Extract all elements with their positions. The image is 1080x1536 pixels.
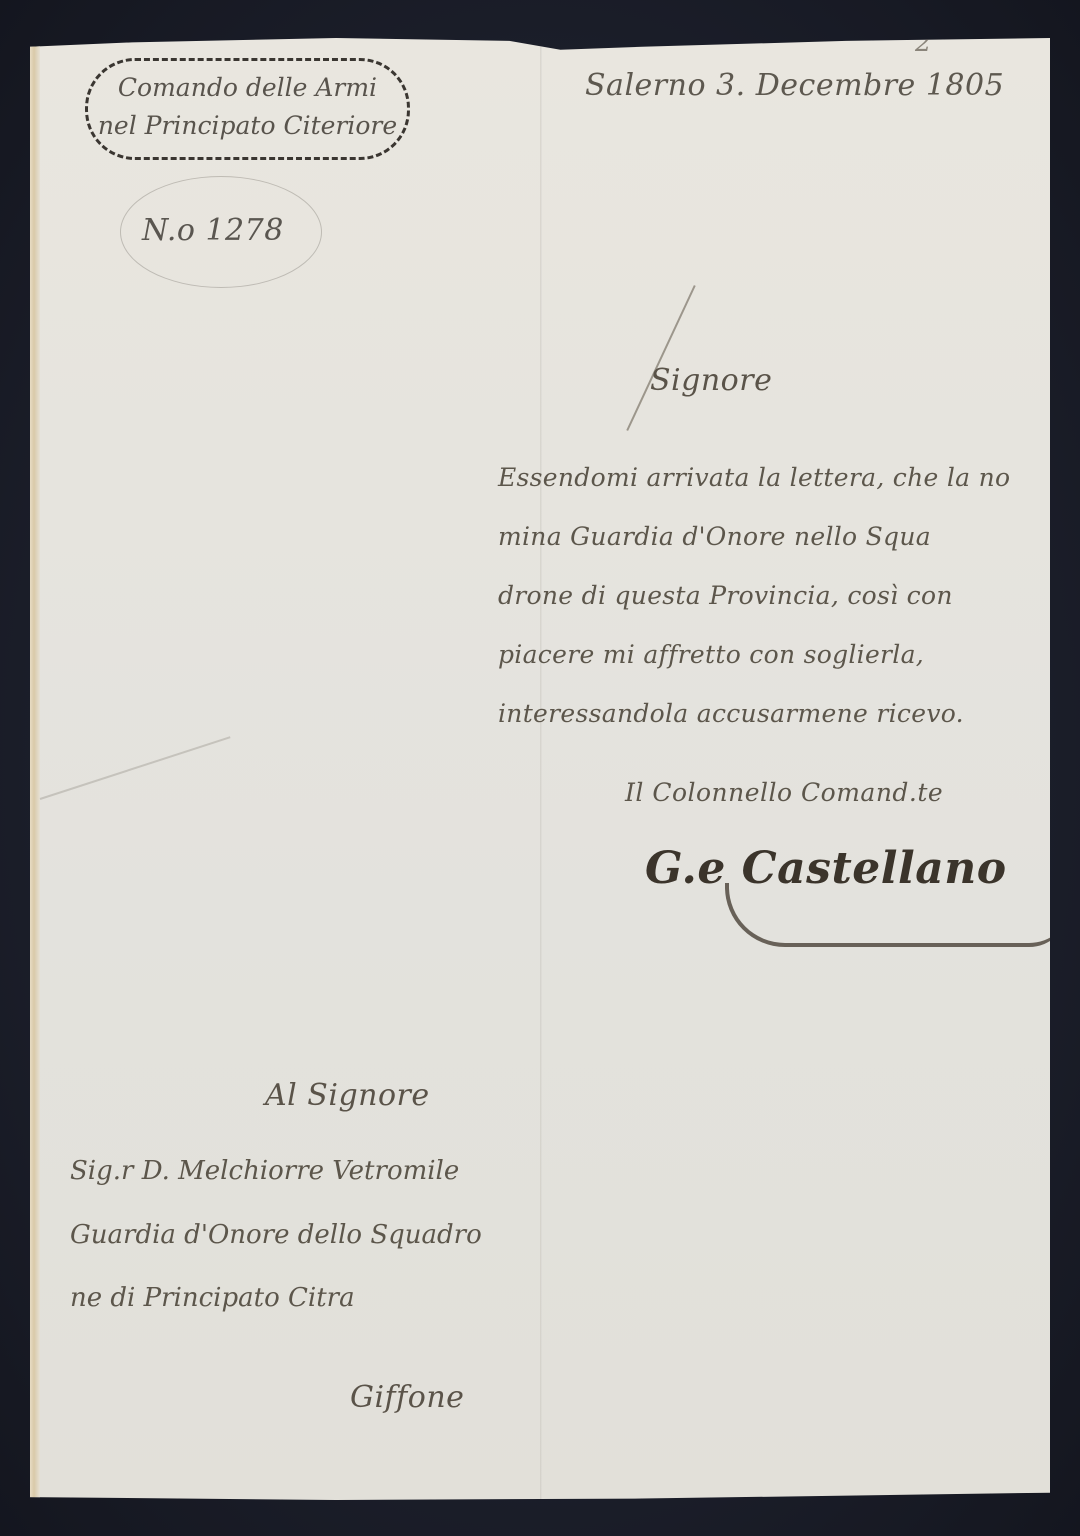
letter-body: Essendomi arrivata la lettera, che la no… <box>498 448 1058 743</box>
paper-crease <box>40 736 231 800</box>
closing-title: Il Colonnello Comand.te <box>625 778 943 807</box>
salutation-flourish <box>626 285 695 431</box>
protocol-number: N.o 1278 <box>142 213 284 248</box>
address-heading: Al Signore <box>265 1078 430 1113</box>
stamp-line-2: nel Principato Citeriore <box>88 111 407 140</box>
stamp-line-1: Comando delle Armi <box>88 73 407 102</box>
body-line: drone di questa Provincia, così con <box>498 566 1058 625</box>
address-line: ne di Principato Citra <box>70 1283 355 1313</box>
body-line: interessandola accusarmene ricevo. <box>498 684 1058 743</box>
letter-sheet: Comando delle Armi nel Principato Citeri… <box>30 38 1050 1500</box>
address-line: Guardia d'Onore dello Squadro <box>70 1220 482 1250</box>
body-line: mina Guardia d'Onore nello Squa <box>498 507 1058 566</box>
body-line: piacere mi affretto con soglierla, <box>498 625 1058 684</box>
address-line: Sig.r D. Melchiorre Vetromile <box>70 1156 459 1186</box>
body-line: Essendomi arrivata la lettera, che la no <box>498 448 1058 507</box>
command-stamp: Comando delle Armi nel Principato Citeri… <box>85 58 410 160</box>
center-fold-line <box>540 38 542 1500</box>
address-place: Giffone <box>350 1380 464 1415</box>
signature: G.e Castellano <box>645 843 1007 894</box>
dateline: Salerno 3. Decembre 1805 <box>585 68 1004 103</box>
salutation: Signore <box>650 363 772 398</box>
